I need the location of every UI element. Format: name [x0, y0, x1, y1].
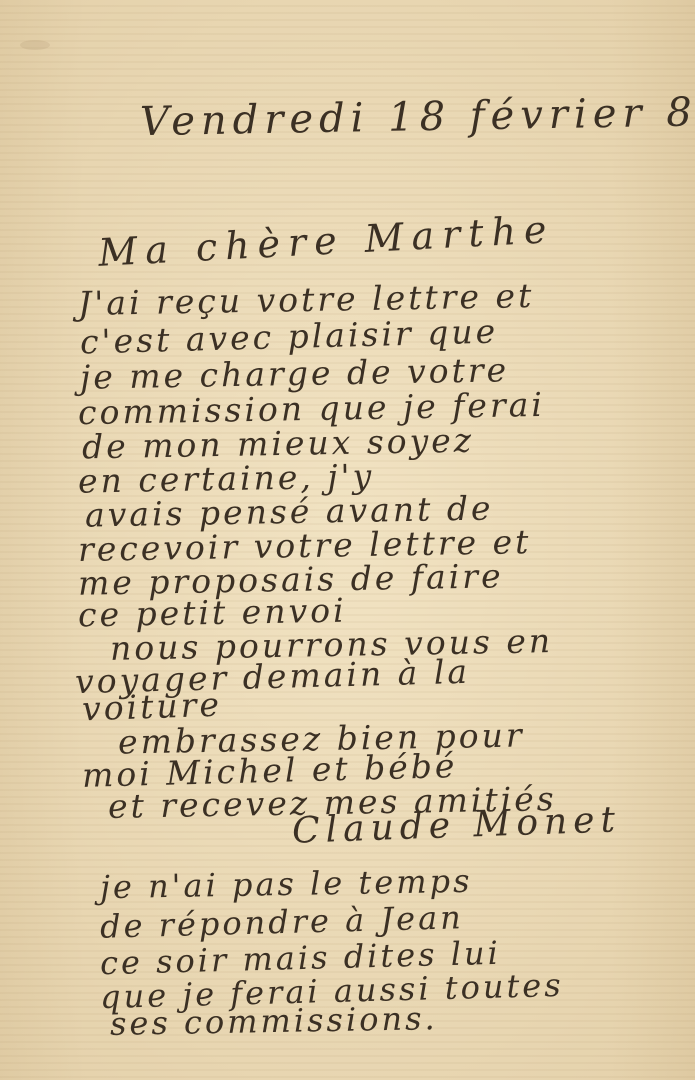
letter-signature: Claude Monet — [291, 802, 621, 849]
postscript-line: je n'ai pas le temps — [100, 865, 473, 903]
letter-salutation: Ma chère Marthe — [97, 210, 555, 272]
postscript-line: ses commissions. — [110, 1002, 438, 1040]
body-line: voiture — [81, 688, 222, 726]
letter-page: Vendredi 18 février 81 Ma chère Marthe J… — [0, 0, 695, 1080]
paper-stain — [20, 40, 50, 50]
letter-date: Vendredi 18 février 81 — [140, 92, 695, 142]
